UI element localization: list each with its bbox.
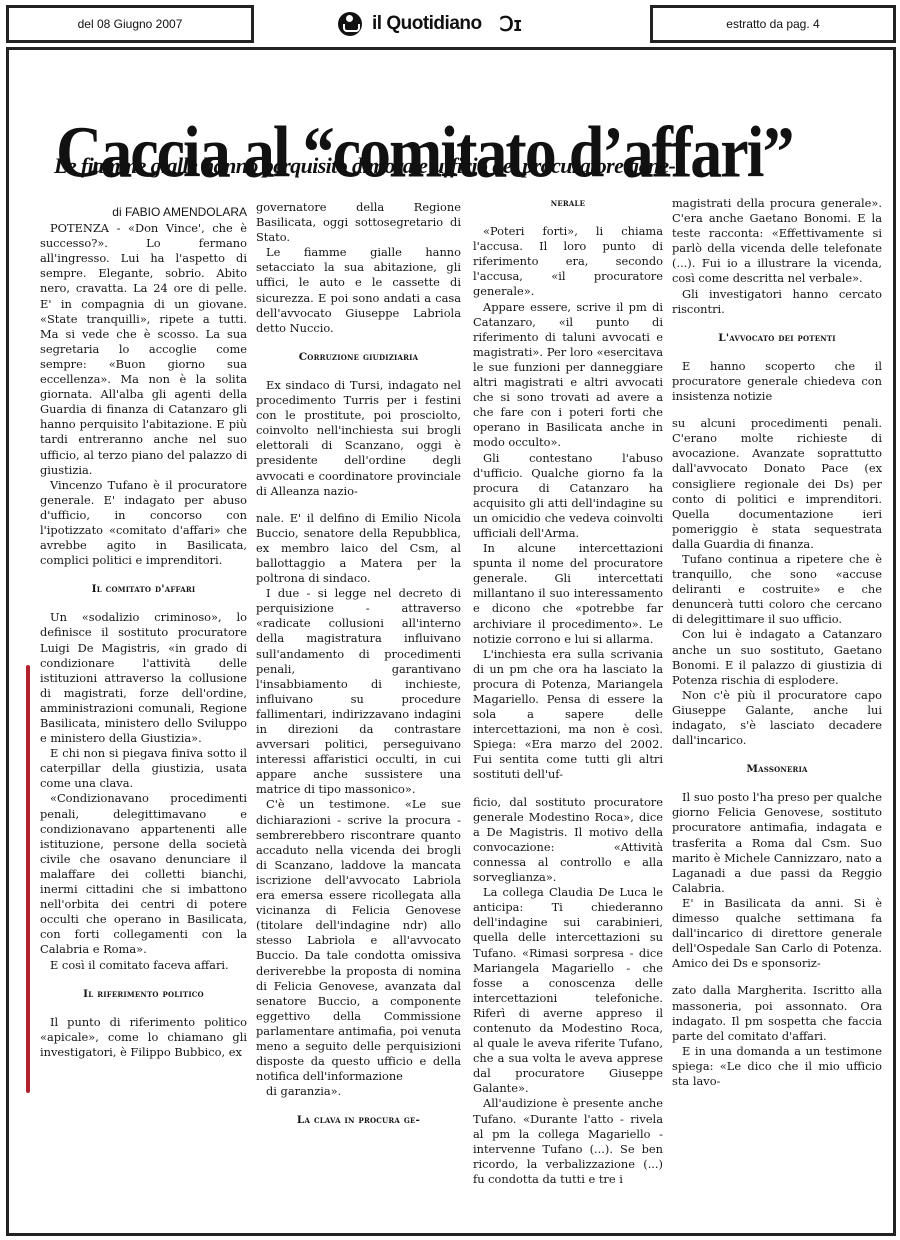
paragraph: L'inchiesta era sulla scrivania di un pm… bbox=[473, 647, 663, 783]
column-gap bbox=[672, 971, 882, 983]
paragraph: zato dalla Margherita. Iscritto alla mas… bbox=[672, 983, 882, 1043]
paragraph: su alcuni procedimenti penali. C'erano m… bbox=[672, 416, 882, 552]
publication-date: del 08 Giugno 2007 bbox=[78, 17, 183, 31]
paragraph: Il suo posto l'ha preso per qualche gior… bbox=[672, 790, 882, 896]
paragraph: E così il comitato faceva affari. bbox=[40, 958, 247, 973]
paragraph: governatore della Regione Basilicata, og… bbox=[256, 200, 461, 245]
section-heading: Il riferimento politico bbox=[40, 987, 247, 1002]
section-heading: Il comitato d'affari bbox=[40, 582, 247, 597]
paragraph: Vincenzo Tufano è il procuratore general… bbox=[40, 478, 247, 569]
column-gap bbox=[256, 499, 461, 511]
paragraph: Le fiamme gialle hanno setacciato la sua… bbox=[256, 245, 461, 336]
highlight-bar bbox=[26, 665, 30, 1093]
section-heading: L'avvocato dei potenti bbox=[672, 331, 882, 346]
section-heading: Massoneria bbox=[672, 762, 882, 777]
date-box: del 08 Giugno 2007 bbox=[6, 5, 254, 43]
article-column-3: nerale«Poteri forti», li chiama l'accusa… bbox=[473, 196, 663, 1187]
article-column-2: governatore della Regione Basilicata, og… bbox=[256, 200, 461, 1141]
newspaper-emblem-icon bbox=[338, 12, 362, 36]
paragraph: magistrati della procura generale». C'er… bbox=[672, 196, 882, 287]
page-reference-box: estratto da pag. 4 bbox=[650, 5, 896, 43]
paragraph: La collega Claudia De Luca le anticipa: … bbox=[473, 885, 663, 1096]
paragraph: Gli contestano l'abuso d'ufficio. Qualch… bbox=[473, 451, 663, 542]
paragraph: nale. E' il delfino di Emilio Nicola Buc… bbox=[256, 511, 461, 586]
section-heading: nerale bbox=[473, 196, 663, 211]
paragraph: Gli investigatori hanno cercato riscontr… bbox=[672, 287, 882, 317]
newspaper-logo: il Quotidiano ꓛɪ bbox=[338, 8, 588, 40]
column-gap bbox=[473, 783, 663, 795]
paragraph: E' in Basilicata da anni. Si è dimesso q… bbox=[672, 896, 882, 971]
newspaper-mark-icon: ꓛɪ bbox=[500, 12, 522, 37]
paragraph: Tufano continua a ripetere che è tranqui… bbox=[672, 552, 882, 627]
paragraph: Ex sindaco di Tursi, indagato nel proced… bbox=[256, 378, 461, 499]
paragraph: Non c'è più il procuratore capo Giuseppe… bbox=[672, 688, 882, 748]
page-reference: estratto da pag. 4 bbox=[726, 17, 819, 31]
paragraph: Appare essere, scrive il pm di Catanzaro… bbox=[473, 300, 663, 451]
newspaper-name: il Quotidiano bbox=[372, 13, 482, 35]
article-column-4: magistrati della procura generale». C'er… bbox=[672, 196, 882, 1089]
paragraph: Un «sodalizio criminoso», lo definisce i… bbox=[40, 610, 247, 746]
byline: di FABIO AMENDOLARA bbox=[40, 205, 247, 220]
paragraph: POTENZA - «Don Vince', che è successo?».… bbox=[40, 221, 247, 478]
paragraph: C'è un testimone. «Le sue dichiarazioni … bbox=[256, 797, 461, 1084]
paragraph: «Poteri forti», li chiama l'accusa. Il l… bbox=[473, 224, 663, 299]
paragraph: I due - si legge nel decreto di perquisi… bbox=[256, 586, 461, 797]
paragraph: In alcune intercettazioni spunta il nome… bbox=[473, 541, 663, 647]
paragraph: di garanzia». bbox=[256, 1084, 461, 1099]
paragraph: ficio, dal sostituto procuratore general… bbox=[473, 795, 663, 886]
paragraph: E in una domanda a un testimone spiega: … bbox=[672, 1044, 882, 1089]
paragraph: Con lui è indagato a Catanzaro anche un … bbox=[672, 627, 882, 687]
column-gap bbox=[672, 404, 882, 416]
article-column-1: di FABIO AMENDOLARA POTENZA - «Don Vince… bbox=[40, 205, 247, 1060]
paragraph: E hanno scoperto che il procuratore gene… bbox=[672, 359, 882, 404]
section-heading: Corruzione giudiziaria bbox=[256, 350, 461, 365]
paragraph: E chi non si piegava finiva sotto il cat… bbox=[40, 746, 247, 791]
paragraph: All'audizione è presente anche Tufano. «… bbox=[473, 1096, 663, 1187]
headline: Caccia al “comitato d’affari” bbox=[56, 113, 856, 191]
section-heading: La clava in procura ge- bbox=[256, 1113, 461, 1128]
paragraph: «Condizionavano procedimenti penali, del… bbox=[40, 791, 247, 957]
paragraph: Il punto di riferimento politico «apical… bbox=[40, 1015, 247, 1060]
subheadline: Le fiamme gialle hanno perquisito dimora… bbox=[54, 153, 874, 179]
